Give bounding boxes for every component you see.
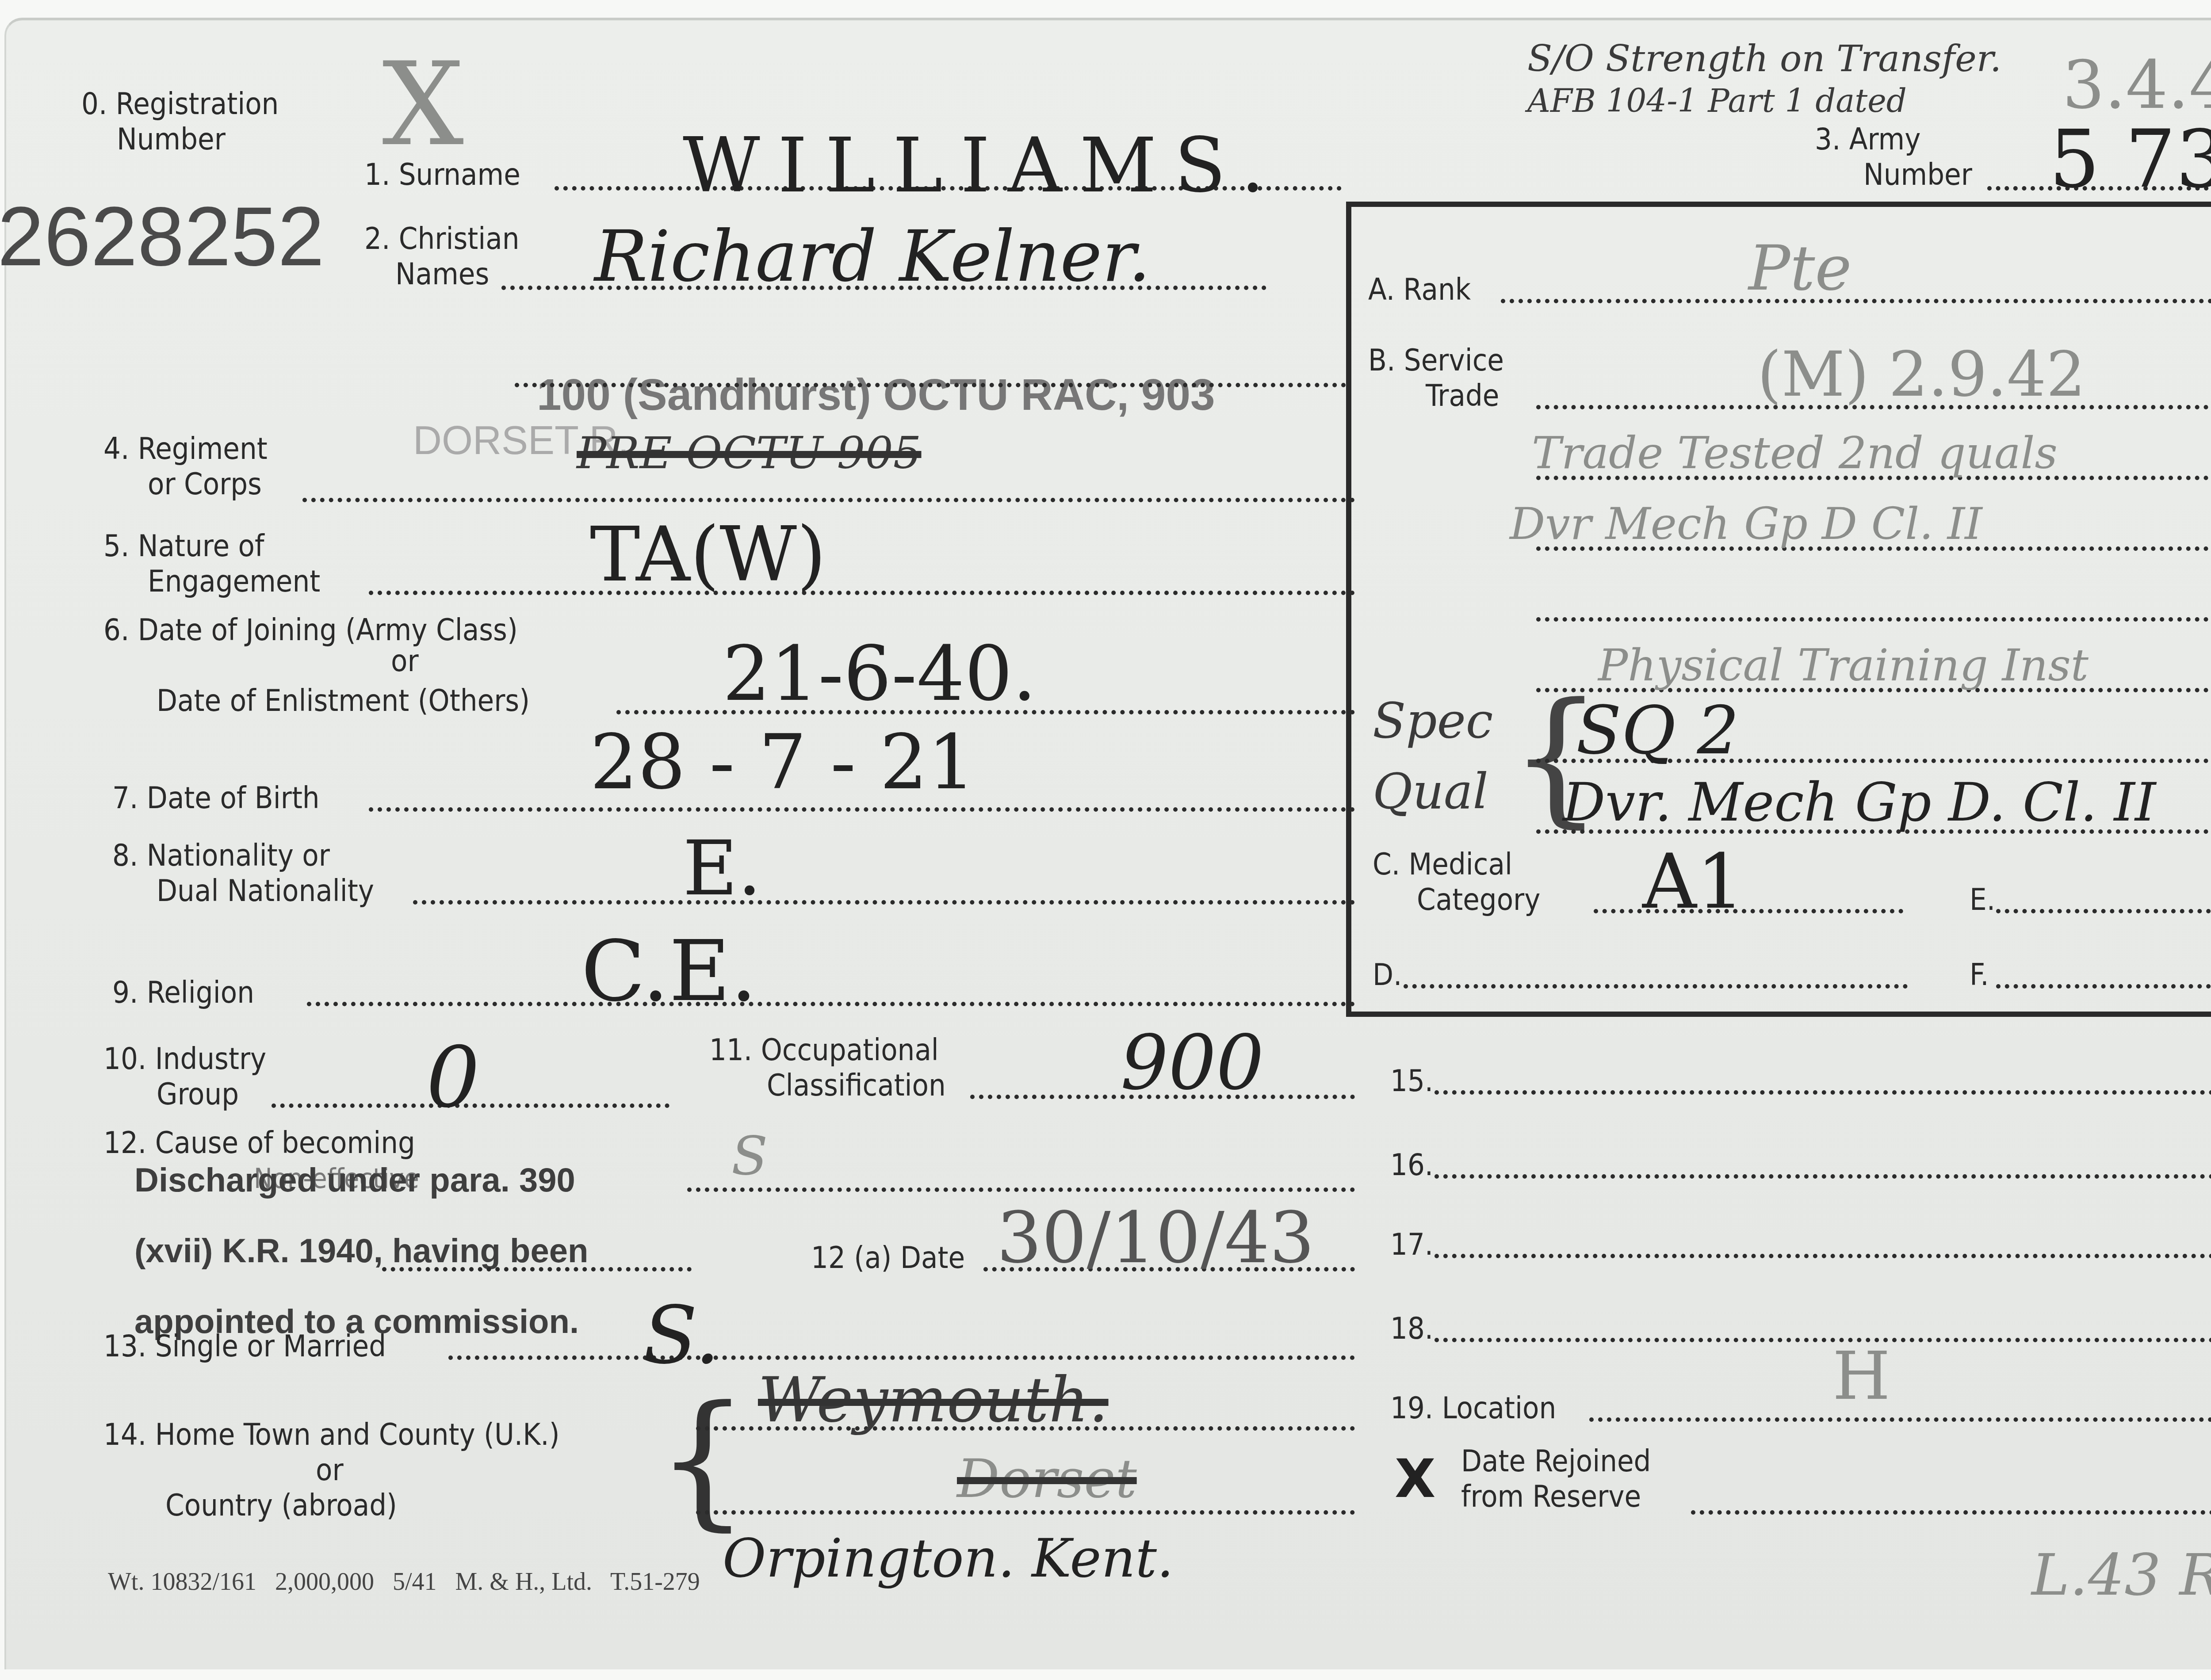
- service-trade-label: B. Service: [1368, 343, 1504, 378]
- pencil-x-mark: X: [382, 38, 464, 172]
- cause-stamp-1: Discharged under para. 390: [134, 1161, 575, 1199]
- christian-names-label-2: Names: [395, 257, 489, 292]
- e-label: E.: [1970, 882, 1995, 918]
- engagement-label: 5. Nature of: [103, 529, 264, 564]
- marital-value: S.: [643, 1289, 720, 1382]
- industry-label-2: Group: [157, 1077, 239, 1112]
- medical-line: [1594, 909, 1903, 913]
- qual-label: Qual: [1373, 763, 1488, 820]
- joining-label: 6. Date of Joining (Army Class): [103, 613, 518, 648]
- cause-line-1: [687, 1187, 1355, 1192]
- surname-value: WILLIAMS.: [683, 122, 1282, 210]
- home-line-2: [696, 1510, 1355, 1515]
- e-line: [1996, 909, 2211, 913]
- service-trade-entry-2: Trade Tested 2nd quals: [1532, 427, 2058, 479]
- printer-imprint: Wt. 10832/161 2,000,000 5/41 M. & H., Lt…: [108, 1568, 700, 1596]
- transfer-note-line2: AFB 104-1 Part 1 dated: [1527, 82, 1907, 119]
- joining-label-or: or: [391, 644, 419, 679]
- nationality-line: [413, 900, 1355, 905]
- spec-value: SQ 2: [1576, 692, 1739, 769]
- location-label: 19. Location: [1390, 1391, 1556, 1426]
- field-15-label: 15.: [1390, 1064, 1433, 1099]
- home-struck-county: Dorset: [957, 1448, 1137, 1510]
- rejoined-line: [1691, 1510, 2211, 1515]
- regiment-line-1: [515, 383, 1346, 387]
- army-number-value: 5 731 671.: [2049, 113, 2211, 206]
- service-trade-entry-3: Dvr Mech Gp D Cl. II: [1510, 498, 1982, 550]
- field-16-label: 16.: [1390, 1148, 1433, 1183]
- occupation-value: 900: [1121, 1019, 1264, 1107]
- bottom-note: L.43 Regt: [2031, 1541, 2211, 1608]
- engagement-line: [369, 591, 1355, 595]
- field-17-label: 17.: [1390, 1227, 1433, 1263]
- field-15-line: [1434, 1090, 2211, 1095]
- cause-date-value: 30/10/43: [997, 1196, 1315, 1279]
- engagement-value: TA(W): [590, 511, 826, 599]
- industry-label: 10. Industry: [103, 1042, 266, 1077]
- marital-line: [448, 1355, 1355, 1360]
- joining-value: 21-6-40.: [723, 630, 1037, 718]
- regiment-struck-entry: PRE OCTU 905: [577, 427, 922, 479]
- surname-label: 1. Surname: [364, 157, 520, 193]
- field-18-line: [1434, 1338, 2211, 1342]
- industry-value: 0: [426, 1028, 480, 1126]
- f-label: F.: [1970, 958, 1989, 993]
- religion-value: C.E.: [581, 922, 757, 1020]
- registration-label: 0. Registration: [81, 87, 279, 122]
- rank-label: A. Rank: [1368, 272, 1471, 308]
- medical-value: A1: [1642, 838, 1744, 926]
- service-trade-entry-1: (M) 2.9.42: [1757, 339, 2085, 411]
- transfer-note-date: 3.4.43: [2062, 47, 2211, 124]
- d-label: D.: [1373, 958, 1402, 993]
- f-line: [1996, 984, 2211, 989]
- registration-label-2: Number: [117, 122, 226, 157]
- cause-line-2: [382, 1267, 692, 1271]
- service-trade-label-2: Trade: [1426, 378, 1499, 414]
- enlistment-label: Date of Enlistment (Others): [157, 683, 530, 719]
- home-value: Orpington. Kent.: [723, 1528, 1174, 1589]
- medical-label-2: Category: [1417, 882, 1540, 918]
- home-label-3: Country (abroad): [165, 1488, 397, 1523]
- regiment-stamp: 100 (Sandhurst) OCTU RAC, 903: [537, 370, 1215, 420]
- occupation-label: 11. Occupational: [709, 1033, 939, 1068]
- army-number-label: 3. Army: [1815, 122, 1920, 157]
- rank-line: [1501, 299, 2211, 303]
- regiment-label-2: or Corps: [148, 467, 262, 502]
- rejoined-label: Date Rejoined: [1461, 1444, 1651, 1479]
- field-17-line: [1434, 1254, 2211, 1258]
- transfer-note-line1: S/O Strength on Transfer.: [1527, 38, 2001, 80]
- registration-number: 2628252: [0, 188, 325, 285]
- qual-value: Dvr. Mech Gp D. Cl. II: [1563, 772, 2156, 833]
- field-16-line: [1434, 1174, 2211, 1179]
- home-label-or: or: [316, 1453, 344, 1488]
- home-struck-town: Weymouth.: [758, 1364, 1109, 1436]
- army-record-card: X S/O Strength on Transfer. AFB 104-1 Pa…: [4, 18, 2211, 1669]
- location-value: H: [1832, 1338, 1890, 1415]
- regiment-label: 4. Regiment: [103, 431, 268, 467]
- nationality-label-2: Dual Nationality: [157, 874, 374, 909]
- home-label: 14. Home Town and County (U.K.): [103, 1417, 560, 1453]
- nationality-label: 8. Nationality or: [112, 838, 330, 874]
- location-line: [1589, 1417, 2211, 1422]
- marital-label: 13. Single or Married: [103, 1329, 386, 1364]
- rejoined-label-2: from Reserve: [1461, 1479, 1641, 1515]
- service-trade-entry-5: Physical Training Inst: [1598, 639, 2089, 691]
- x-marker-icon: X: [1395, 1448, 1436, 1510]
- cause-margin-mark: S: [731, 1126, 768, 1187]
- rank-value: Pte: [1748, 233, 1851, 305]
- cause-date-label: 12 (a) Date: [811, 1241, 965, 1276]
- d-line: [1404, 984, 1908, 989]
- birth-line: [369, 807, 1355, 812]
- service-trade-line-4: [1536, 617, 2211, 622]
- spec-label: Spec: [1373, 692, 1493, 749]
- engagement-label-2: Engagement: [148, 564, 320, 599]
- occupation-label-2: Classification: [767, 1068, 946, 1103]
- army-number-label-2: Number: [1863, 157, 1972, 193]
- medical-label: C. Medical: [1373, 847, 1512, 882]
- birth-value: 28 - 7 - 21: [590, 719, 975, 806]
- religion-line: [307, 1002, 1355, 1006]
- field-18-label: 18.: [1390, 1311, 1433, 1347]
- cause-label: 12. Cause of becoming: [103, 1126, 415, 1161]
- birth-label: 7. Date of Birth: [112, 781, 320, 816]
- cause-stamp-2: (xvii) K.R. 1940, having been: [134, 1232, 588, 1270]
- christian-names-label: 2. Christian: [364, 221, 520, 257]
- christian-names-value: Richard Kelner.: [594, 215, 1151, 298]
- regiment-line-2: [302, 498, 1355, 502]
- religion-label: 9. Religion: [112, 975, 254, 1011]
- nationality-value: E.: [683, 825, 761, 913]
